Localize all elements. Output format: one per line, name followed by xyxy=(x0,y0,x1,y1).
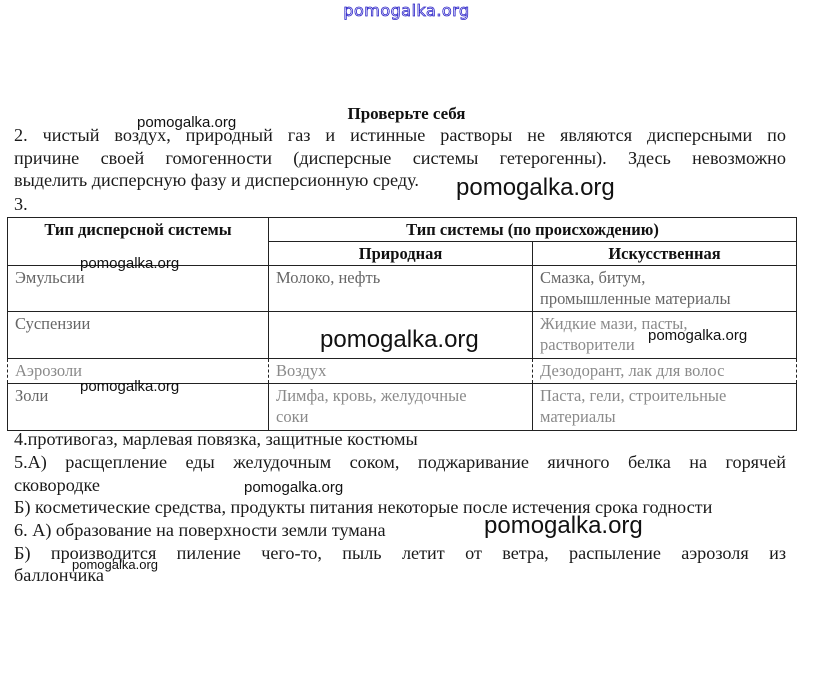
watermark: pomogalka.org xyxy=(80,378,179,395)
answer-5a-line-1: 5.А) расщепление еды желудочным соком, п… xyxy=(14,451,786,474)
header-artificial: Искусственная xyxy=(533,242,797,266)
cell-artificial-line-1: Смазка, битум, xyxy=(540,267,789,288)
answer-5a-line-2: сковородке xyxy=(14,474,786,497)
page-title: Проверьте себя xyxy=(0,104,813,124)
watermark: pomogalka.org xyxy=(320,326,479,354)
cell-natural: Лимфа, кровь, желудочные соки xyxy=(269,384,533,431)
watermark: pomogalka.org xyxy=(648,327,747,344)
watermark: pomogalka.org xyxy=(244,479,343,496)
top-watermark: pomogalka.org xyxy=(0,1,813,20)
watermark: pomogalka.org xyxy=(80,255,179,272)
watermark: pomogalka.org xyxy=(484,512,643,540)
answer-4: 4.противогаз, марлевая повязка, защитные… xyxy=(14,428,786,451)
cell-artificial: Смазка, битум, промышленные материалы xyxy=(533,266,797,312)
watermark: pomogalka.org xyxy=(72,557,158,572)
answer-2: 2. чистый воздух, природный газ и истинн… xyxy=(14,124,786,192)
answer-5b: Б) косметические средства, продукты пита… xyxy=(14,496,786,519)
cell-artificial-line-1: Паста, гели, строительные xyxy=(540,385,789,406)
cell-artificial: Паста, гели, строительные материалы xyxy=(533,384,797,431)
cell-artificial: Дезодорант, лак для волос xyxy=(533,359,797,384)
answer-3-label: 3. xyxy=(14,193,54,216)
answer-5: 5.А) расщепление еды желудочным соком, п… xyxy=(14,451,786,519)
cell-natural: Молоко, нефть xyxy=(269,266,533,312)
answer-2-line-3: выделить дисперсную фазу и дисперсионную… xyxy=(14,169,786,192)
watermark: pomogalka.org xyxy=(456,174,615,202)
cell-type: Суспензии xyxy=(8,312,269,359)
cell-artificial-line-2: промышленные материалы xyxy=(540,288,789,309)
watermark: pomogalka.org xyxy=(137,114,236,131)
answer-2-line-2: причине своей гомогенности (дисперсные с… xyxy=(14,147,786,170)
header-origin-group: Тип системы (по происхождению) xyxy=(269,218,797,242)
answer-6a: 6. А) образование на поверхности земли т… xyxy=(14,519,786,542)
cell-artificial-line-2: материалы xyxy=(540,406,789,427)
header-natural: Природная xyxy=(269,242,533,266)
disperse-systems-table: Тип дисперсной системы Тип системы (по п… xyxy=(7,217,797,431)
cell-natural: Воздух xyxy=(269,359,533,384)
answer-2-line-1: 2. чистый воздух, природный газ и истинн… xyxy=(14,124,786,147)
cell-type: Эмульсии xyxy=(8,266,269,312)
cell-natural-line-2: соки xyxy=(276,406,525,427)
cell-natural-line-1: Лимфа, кровь, желудочные xyxy=(276,385,525,406)
table-row: Эмульсии Молоко, нефть Смазка, битум, пр… xyxy=(8,266,797,312)
answer-6: 6. А) образование на поверхности земли т… xyxy=(14,519,786,587)
